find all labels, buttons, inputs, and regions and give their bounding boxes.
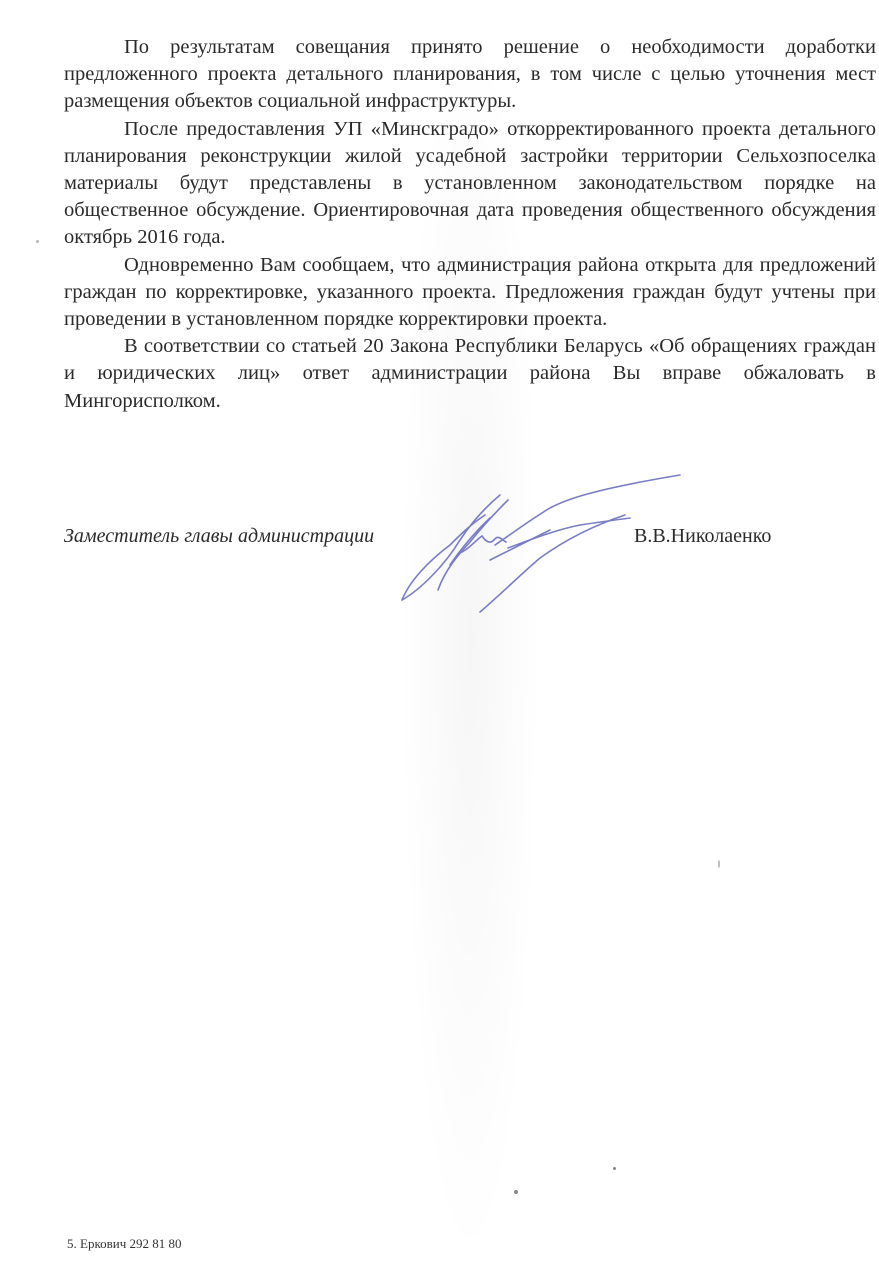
paragraph-meeting-result: По результатам совещания принято решение… [64, 34, 876, 116]
signer-position: Заместитель главы администрации [64, 525, 374, 548]
scan-speck [613, 1167, 616, 1170]
scan-speck [36, 240, 39, 243]
letter-body: По результатам совещания принято решение… [64, 34, 876, 415]
paragraph-citizen-proposals: Одновременно Вам сообщаем, что администр… [64, 252, 876, 334]
scan-speck [718, 860, 720, 868]
signature-row: Заместитель главы администрации В.В.Нико… [64, 525, 824, 555]
signer-name: В.В.Николаенко [634, 525, 771, 548]
executor-note: 5. Еркович 292 81 80 [67, 1236, 181, 1252]
scan-speck [514, 1190, 518, 1194]
paragraph-appeal-rights: В соответствии со статьей 20 Закона Респ… [64, 333, 876, 415]
paragraph-project-correction: После предоставления УП «Минскградо» отк… [64, 116, 876, 252]
